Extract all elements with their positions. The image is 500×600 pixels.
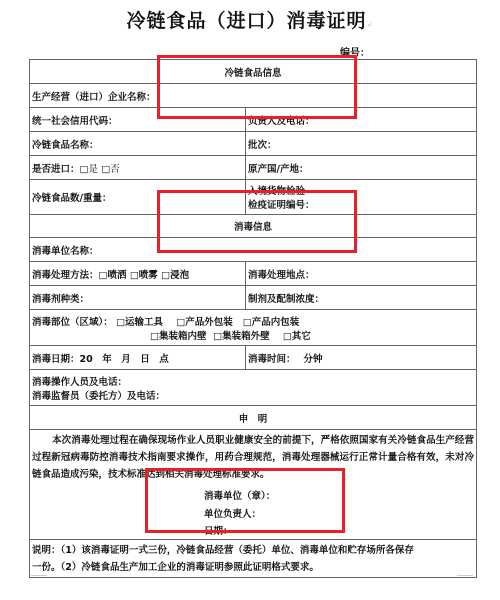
batch-field[interactable]: 批次： (246, 132, 476, 155)
notes-row: 说明：（1）该消毒证明一式三份，冷链食品经营（委托）单位、消毒单位和贮存场所各保… (30, 540, 476, 577)
disinfection-duration-field[interactable]: 消毒时间： 分钟 (246, 346, 476, 369)
method-label: 消毒处理方法： (32, 267, 99, 281)
signature-date-field[interactable]: 日期： (204, 523, 233, 537)
quantity-inspection-row: 冷链食品数/重量： 入境货物检验 检疫证明编号： (30, 180, 476, 215)
imported-yes-checkbox[interactable]: □是 (80, 161, 98, 175)
area-vehicle-checkbox[interactable]: □运输工具 (116, 317, 163, 328)
area-other-checkbox[interactable]: □其它 (283, 331, 311, 342)
serial-label: 编号： (340, 48, 370, 59)
quantity-field[interactable]: 冷链食品数/重量： (30, 180, 246, 214)
area-container-inner-checkbox[interactable]: □集装箱内壁 (150, 331, 206, 342)
declaration-body: 本次消毒处理过程在确保现场作业人员职业健康安全的前提下，严格依照国家有关冷链食品… (30, 430, 476, 539)
disinfection-info-header: 消毒信息 (30, 215, 476, 237)
imported-field: 是否进口： □是 □否 (30, 156, 246, 179)
area-container-outer-checkbox[interactable]: □集装箱外壁 (213, 331, 269, 342)
declaration-body-row: 本次消毒处理过程在确保现场作业人员职业健康安全的前提下，严格依照国家有关冷链食品… (30, 430, 476, 540)
personnel-field: 消毒操作人员及电话： 消毒监督员（委托方）及电话： (30, 370, 476, 405)
personnel-row: 消毒操作人员及电话： 消毒监督员（委托方）及电话： (30, 370, 476, 406)
food-info-header: 冷链食品信息 (30, 60, 476, 83)
operator-field[interactable]: 消毒操作人员及电话： (32, 374, 127, 388)
unit-seal-field[interactable]: 消毒单位（章）： (204, 488, 275, 502)
method-spray-checkbox[interactable]: □喷洒 (99, 267, 127, 281)
imported-label: 是否进口： (32, 161, 80, 175)
unit-head-field[interactable]: 单位负责人： (204, 506, 261, 520)
imported-no-checkbox[interactable]: □否 (101, 161, 119, 175)
unit-name-row: 消毒单位名称： (30, 238, 476, 262)
food-info-header-row: 冷链食品信息 (30, 60, 476, 84)
import-origin-row: 是否进口： □是 □否 原产国/产地： (30, 156, 476, 180)
declaration-paragraph: 本次消毒处理过程在确保现场作业人员职业健康安全的前提下，严格依照国家有关冷链食品… (32, 435, 474, 480)
footer-mark-right (457, 575, 473, 576)
area-field: 消毒部位（区域）： □运输工具 □产品外包装 □产品内包装 □集装箱内壁 □集装… (30, 310, 476, 345)
declaration-text: 本次消毒处理过程在确保现场作业人员职业健康安全的前提下，严格依照国家有关冷链食品… (30, 430, 476, 483)
notes: 说明：（1）该消毒证明一式三份，冷链食品经营（委托）单位、消毒单位和贮存场所各保… (30, 540, 476, 577)
location-field[interactable]: 消毒处理地点： (246, 262, 476, 285)
serial-number-field[interactable]: 编号： (340, 44, 370, 59)
agent-type-field[interactable]: 消毒剂种类： (30, 286, 246, 309)
date-duration-row: 消毒日期：20 年 月 日 点 消毒时间： 分钟 (30, 346, 476, 370)
food-name-field[interactable]: 冷链食品名称： (30, 132, 246, 155)
contact-field[interactable]: 负责人及电话： (246, 108, 476, 131)
disinfection-date-field[interactable]: 消毒日期：20 年 月 日 点 (30, 346, 246, 369)
food-name-batch-row: 冷链食品名称： 批次： (30, 132, 476, 156)
area-options-line2: □集装箱内壁 □集装箱外壁 □其它 (32, 328, 474, 342)
method-location-row: 消毒处理方法： □喷洒 □喷雾 □浸泡 消毒处理地点： (30, 262, 476, 286)
footer-mark-left (31, 575, 47, 576)
supervisor-field[interactable]: 消毒监督员（委托方）及电话： (32, 388, 165, 402)
origin-field[interactable]: 原产国/产地： (246, 156, 476, 179)
paragraph-mark: ↵ (367, 21, 374, 29)
credit-contact-row: 统一社会信用代码： 负责人及电话： (30, 108, 476, 132)
declaration-header-row: 申 明 (30, 406, 476, 430)
disinfection-unit-field[interactable]: 消毒单位名称： (30, 238, 476, 261)
area-row: 消毒部位（区域）： □运输工具 □产品外包装 □产品内包装 □集装箱内壁 □集装… (30, 310, 476, 346)
producer-field[interactable]: 生产经营（进口）企业名称： (30, 84, 476, 107)
area-label: 消毒部位（区域）： (32, 317, 113, 328)
producer-row: 生产经营（进口）企业名称： (30, 84, 476, 108)
notes-line1: 说明：（1）该消毒证明一式三份，冷链食品经营（委托）单位、消毒单位和贮存场所各保… (32, 542, 414, 559)
title-text: 冷链食品（进口）消毒证明 (127, 10, 367, 32)
method-mist-checkbox[interactable]: □喷雾 (130, 267, 158, 281)
agent-concentration-row: 消毒剂种类： 制剂及配制浓度： (30, 286, 476, 310)
area-options-line1: 消毒部位（区域）： □运输工具 □产品外包装 □产品内包装 (32, 314, 474, 328)
inspection-label-line1: 入境货物检验 (248, 183, 305, 197)
method-field: 消毒处理方法： □喷洒 □喷雾 □浸泡 (30, 262, 246, 285)
area-outer-pack-checkbox[interactable]: □产品外包装 (176, 317, 232, 328)
credit-code-field[interactable]: 统一社会信用代码： (30, 108, 246, 131)
certificate-table: 冷链食品信息 生产经营（进口）企业名称： 统一社会信用代码： 负责人及电话： 冷… (29, 59, 477, 578)
document-title: 冷链食品（进口）消毒证明↵ (0, 6, 500, 33)
method-soak-checkbox[interactable]: □浸泡 (161, 267, 189, 281)
declaration-header: 申 明 (30, 406, 476, 429)
notes-line2: 一份。（2）冷链食品生产加工企业的消毒证明参照此证明格式要求。 (32, 559, 319, 576)
concentration-field[interactable]: 制剂及配制浓度： (246, 286, 476, 309)
inspection-cert-field[interactable]: 入境货物检验 检疫证明编号： (246, 180, 476, 214)
disinfection-info-header-row: 消毒信息 (30, 215, 476, 238)
inspection-label-line2: 检疫证明编号： (248, 197, 315, 211)
area-inner-pack-checkbox[interactable]: □产品内包装 (243, 317, 299, 328)
